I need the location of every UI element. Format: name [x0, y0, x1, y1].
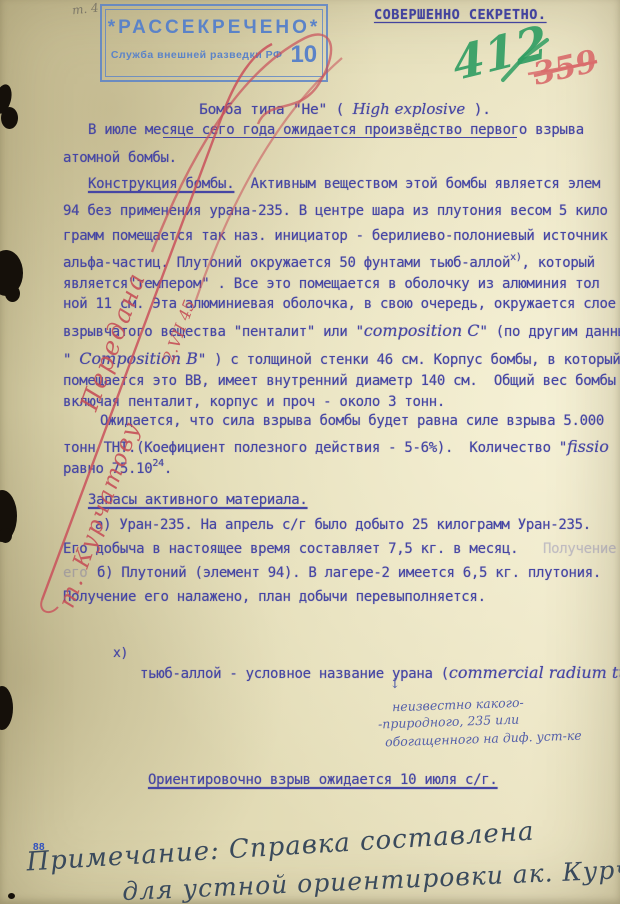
ink-blot: [5, 285, 20, 302]
body-line: ной 11 см. Эта алюминиевая оболочка, в с…: [63, 296, 616, 312]
footnote-text: тьюб-аллой - условное название урана (: [140, 666, 449, 682]
title-text: Бомба типа "Не" (: [199, 102, 353, 118]
latin-handwriting: fissio: [567, 437, 609, 456]
title-latin-text: High explosive: [353, 100, 466, 118]
body-line: грамм помещается так наз. инициатор - бе…: [63, 228, 608, 244]
body-line: атомной бомбы.: [63, 150, 177, 166]
body-line: тонн ТНТ.(Коефициент полезного действия …: [63, 437, 609, 456]
exponent: 24: [152, 458, 163, 469]
ink-blot: [0, 686, 13, 730]
body-text: ": [63, 352, 79, 368]
body-text: Активным веществом этой бомбы является э…: [234, 176, 600, 192]
body-line: " Composition B" ) с толщиной стенки 46 …: [63, 349, 620, 368]
page-number-stamp: 88: [33, 842, 45, 853]
ink-speck: [8, 893, 15, 899]
declassified-stamp-inner: *РАССЕКРЕЧЕНО* Служба внешней разведки Р…: [105, 9, 323, 77]
ink-blot: [0, 528, 12, 543]
body-text: , который: [522, 255, 595, 271]
conclusion-line: Ориентировочно взрыв ожидается 10 июля с…: [148, 772, 498, 788]
body-text: " (по другим данным: [480, 324, 620, 340]
footnote-reference: x): [510, 252, 521, 263]
body-line: В июле месяце сего года ожидается произв…: [88, 122, 584, 138]
handwritten-margin-note: -природного, 235 или: [378, 712, 520, 732]
body-line: Получение его налажено, план добычи пере…: [63, 589, 486, 605]
footnote-line: тьюб-аллой - условное название урана (co…: [140, 663, 620, 682]
declassified-stamp: *РАССЕКРЕЧЕНО* Служба внешней разведки Р…: [100, 4, 328, 82]
body-line: 94 без применения урана-235. В центре ша…: [63, 203, 608, 219]
body-line: включая пенталит, корпус и проч - около …: [63, 394, 445, 410]
pencil-corner-note: т. 4: [71, 1, 99, 18]
body-line: Его добыча в настоящее время составляет …: [63, 541, 518, 557]
latin-handwriting: commercial radium tube: [449, 663, 620, 682]
body-text: " ) с толщиной стенки 46 см. Корпус бомб…: [198, 352, 620, 368]
body-line: а) Уран-235. На апрель с/г было добыто 2…: [95, 517, 591, 533]
down-arrow-icon: ↓: [389, 676, 401, 692]
stamp-number: 10: [290, 41, 317, 69]
handwritten-margin-note: обогащенного на диф. уст-ке: [385, 728, 582, 750]
latin-handwriting: composition C: [364, 321, 480, 340]
stamp-subtitle: Служба внешней разведки РФ: [111, 49, 283, 61]
remark-label: Примечание:: [26, 835, 230, 877]
body-line: б) Плутоний (элемент 94). В лагере-2 име…: [97, 565, 601, 581]
section-heading-reserves: Запасы активного материала.: [88, 492, 307, 508]
body-text: .: [164, 461, 172, 477]
ink-blot: [1, 107, 18, 129]
body-line: альфа-частиц. Плутоний окружается 50 фун…: [63, 252, 595, 271]
stamp-title: *РАССЕКРЕЧЕНО*: [106, 17, 322, 39]
footnote-marker: x): [113, 646, 128, 661]
body-line: взрывчатого вещества "пенталит" или "com…: [63, 321, 620, 340]
remark-text: Справка составлена: [228, 816, 535, 865]
body-line: помещается это ВВ, имеет внутренний диам…: [63, 373, 616, 389]
title-end: ).: [465, 102, 491, 118]
faded-text: Получение: [543, 541, 616, 557]
body-line: Конструкция бомбы. Активным веществом эт…: [88, 176, 600, 192]
body-line: Ожидается, что сила взрыва бомбы будет р…: [100, 413, 604, 429]
document-page: т. 4 *РАССЕКРЕЧЕНО* Служба внешней разве…: [0, 0, 620, 904]
section-heading-construction: Конструкция бомбы.: [88, 176, 234, 192]
